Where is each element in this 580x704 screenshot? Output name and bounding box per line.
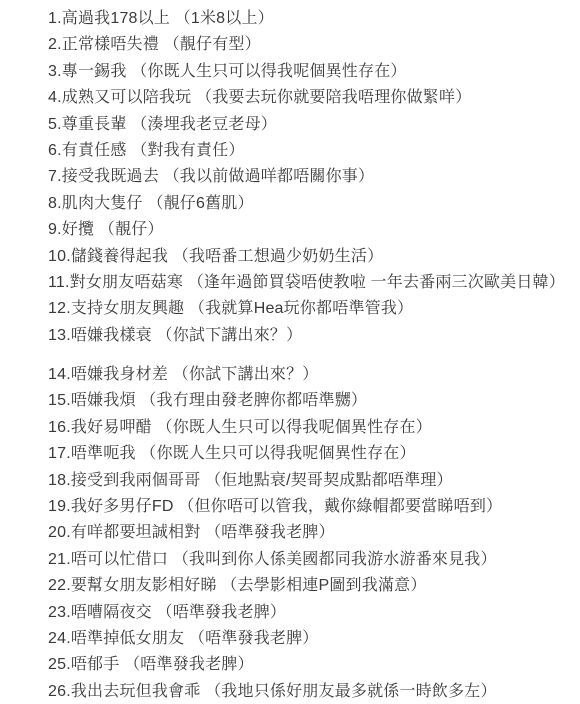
list-item: 2.正常樣唔失禮 （靚仔有型） [48,32,570,58]
list-item: 24.唔準掉低女朋友 （唔準發我老脾） [48,626,570,652]
list-item: 14.唔嫌我身材差 （你試下講出來？） [48,362,570,388]
list-item: 10.儲錢養得起我 （我唔番工想過少奶奶生活） [48,244,570,270]
list-item: 11.對女朋友唔菇寒 （逢年過節買袋唔使教啦 一年去番兩三次歐美日韓） [48,270,570,296]
list-item: 12.支持女朋友興趣 （我就算Hea玩你都唔準管我） [48,296,570,322]
list-item: 7.接受我既過去 （我以前做過咩都唔關你事） [48,164,570,190]
list-item: 17.唔準呃我 （你既人生只可以得我呢個異性存在） [48,441,570,467]
list-item: 9.好攬 （靚仔） [48,217,570,243]
list-item: 3.專一錫我 （你既人生只可以得我呢個異性存在） [48,59,570,85]
list-item: 26.我出去玩但我會乖 （我地只係好朋友最多就係一時飲多左） [48,679,570,704]
list-item: 4.成熟又可以陪我玩 （我要去玩你就要陪我唔理你做緊咩） [48,85,570,111]
list-item: 21.唔可以忙借口 （我叫到你人係美國都同我游水游番來見我） [48,547,570,573]
list-item: 25.唔郁手 （唔準發我老脾） [48,652,570,678]
list-item: 18.接受到我兩個哥哥 （佢地點衰/契哥契成點都唔準理） [48,468,570,494]
list-item: 16.我好易呷醋 （你既人生只可以得我呢個異性存在） [48,415,570,441]
requirements-list: 1.高過我178以上 （1米8以上） 2.正常樣唔失禮 （靚仔有型） 3.專一錫… [0,0,580,704]
list-item: 19.我好多男仔FD （但你唔可以管我，戴你綠帽都要當睇唔到） [48,494,570,520]
list-item: 8.肌肉大隻仔 （靚仔6舊肌） [48,191,570,217]
list-item: 5.尊重長輩 （湊埋我老豆老母） [48,112,570,138]
list-item: 13.唔嫌我樣衰 （你試下講出來？） [48,323,570,349]
list-item: 20.有咩都要坦誠相對 （唔準發我老脾） [48,520,570,546]
list-item: 1.高過我178以上 （1米8以上） [48,6,570,32]
list-item: 22.要幫女朋友影相好睇 （去學影相連P圖到我滿意） [48,573,570,599]
list-item: 15.唔嫌我煩 （我冇理由發老脾你都唔準嬲） [48,388,570,414]
list-item: 23.唔嘈隔夜交 （唔準發我老脾） [48,600,570,626]
list-item: 6.有責任感 （對我有責任） [48,138,570,164]
